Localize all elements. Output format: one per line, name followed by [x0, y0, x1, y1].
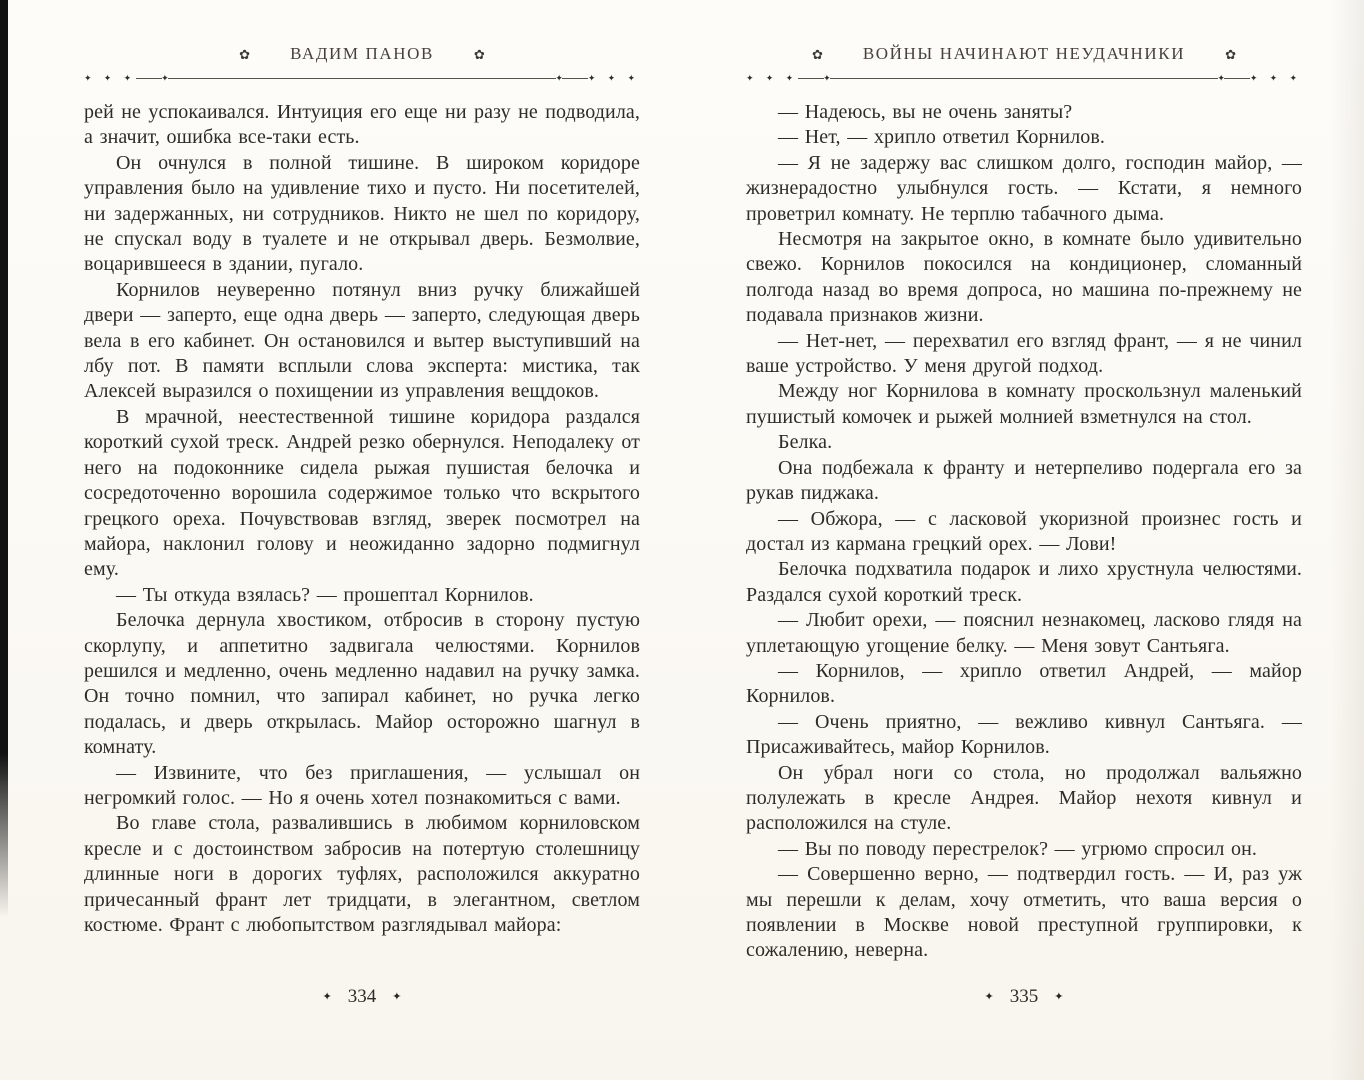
- paragraph: Он убрал ноги со стола, но продолжал вал…: [746, 761, 1302, 837]
- page-number-value: 335: [1010, 986, 1039, 1008]
- rule-line: [562, 78, 588, 79]
- diamond-ornament-icon: ✦ ✦ ✦: [588, 74, 640, 83]
- paragraph: Корнилов неуверенно потянул вниз ручку б…: [84, 278, 640, 405]
- left-header-rule: ✦ ✦ ✦ ✦ ✦ ✦ ✦ ✦: [84, 73, 640, 83]
- diamond-ornament-icon: ✦: [985, 992, 994, 1003]
- paragraph: Между ног Корнилова в комнату проскользн…: [746, 379, 1302, 430]
- paragraph: Он очнулся в полной тишине. В широком ко…: [84, 151, 640, 278]
- flower-ornament-icon: ✿: [239, 48, 250, 61]
- paragraph: — Совершенно верно, — подтвердил гость. …: [746, 862, 1302, 964]
- paragraph: — Нет-нет, — перехватил его взгляд франт…: [746, 329, 1302, 380]
- book-scan: ✿ ВАДИМ ПАНОВ ✿ ✦ ✦ ✦ ✦ ✦ ✦ ✦ ✦ рей не у…: [0, 0, 1364, 1080]
- paragraph: — Ты откуда взялась? — прошептал Корнило…: [84, 583, 640, 608]
- paragraph: Несмотря на закрытое окно, в комнате был…: [746, 227, 1302, 329]
- diamond-ornament-icon: ✦ ✦ ✦: [1250, 74, 1302, 83]
- paragraph: — Любит орехи, — пояснил незнакомец, лас…: [746, 608, 1302, 659]
- flower-ornament-icon: ✿: [812, 48, 823, 61]
- scan-edge-shadow-right: [1330, 0, 1364, 1080]
- paragraph: — Вы по поводу перестрелок? — угрюмо спр…: [746, 837, 1302, 862]
- diamond-ornament-icon: ✦: [392, 992, 401, 1003]
- left-header-title: ВАДИМ ПАНОВ: [290, 44, 434, 64]
- paragraph: Она подбежала к франту и нетерпеливо под…: [746, 456, 1302, 507]
- paragraph: — Нет, — хрипло ответил Корнилов.: [746, 125, 1302, 150]
- right-page: ✿ ВОЙНЫ НАЧИНАЮТ НЕУДАЧНИКИ ✿ ✦ ✦ ✦ ✦ ✦ …: [746, 0, 1302, 1080]
- diamond-ornament-icon: ✦: [1054, 992, 1063, 1003]
- rule-line: [830, 78, 1219, 79]
- paragraph: — Я не задержу вас слишком долго, господ…: [746, 151, 1302, 227]
- paragraph: — Надеюсь, вы не очень заняты?: [746, 100, 1302, 125]
- left-page-body: рей не успокаивался. Интуиция его еще ни…: [84, 100, 640, 938]
- right-header-rule: ✦ ✦ ✦ ✦ ✦ ✦ ✦ ✦: [746, 73, 1302, 83]
- right-page-body: — Надеюсь, вы не очень заняты? — Нет, — …: [746, 100, 1302, 964]
- rule-line: [168, 78, 557, 79]
- diamond-ornament-icon: ✦ ✦ ✦: [84, 74, 136, 83]
- paragraph: Белка.: [746, 430, 1302, 455]
- paragraph: — Извините, что без приглашения, — услыш…: [84, 761, 640, 812]
- left-page: ✿ ВАДИМ ПАНОВ ✿ ✦ ✦ ✦ ✦ ✦ ✦ ✦ ✦ рей не у…: [84, 0, 640, 1080]
- rule-line: [136, 78, 162, 79]
- diamond-ornament-icon: ✦: [323, 992, 332, 1003]
- diamond-ornament-icon: ✦ ✦ ✦: [746, 74, 798, 83]
- paragraph: — Очень приятно, — вежливо кивнул Сантья…: [746, 710, 1302, 761]
- scan-edge-shadow-left: [0, 0, 8, 918]
- left-page-number: ✦ 334 ✦: [84, 986, 640, 1008]
- paragraph: — Корнилов, — хрипло ответил Андрей, — м…: [746, 659, 1302, 710]
- page-number-value: 334: [348, 986, 377, 1008]
- paragraph: Во главе стола, развалившись в любимом к…: [84, 811, 640, 938]
- right-running-head: ✿ ВОЙНЫ НАЧИНАЮТ НЕУДАЧНИКИ ✿: [746, 44, 1302, 64]
- paragraph: В мрачной, неестественной тишине коридор…: [84, 405, 640, 583]
- rule-line: [798, 78, 824, 79]
- rule-line: [1224, 78, 1250, 79]
- right-page-number: ✦ 335 ✦: [746, 986, 1302, 1008]
- right-header-title: ВОЙНЫ НАЧИНАЮТ НЕУДАЧНИКИ: [863, 44, 1185, 64]
- flower-ornament-icon: ✿: [1225, 48, 1236, 61]
- paragraph: Белочка подхватила подарок и лихо хрустн…: [746, 557, 1302, 608]
- left-running-head: ✿ ВАДИМ ПАНОВ ✿: [84, 44, 640, 64]
- flower-ornament-icon: ✿: [474, 48, 485, 61]
- paragraph: рей не успокаивался. Интуиция его еще ни…: [84, 100, 640, 151]
- paragraph: — Обжора, — с ласковой укоризной произне…: [746, 507, 1302, 558]
- paragraph: Белочка дернула хвостиком, отбросив в ст…: [84, 608, 640, 760]
